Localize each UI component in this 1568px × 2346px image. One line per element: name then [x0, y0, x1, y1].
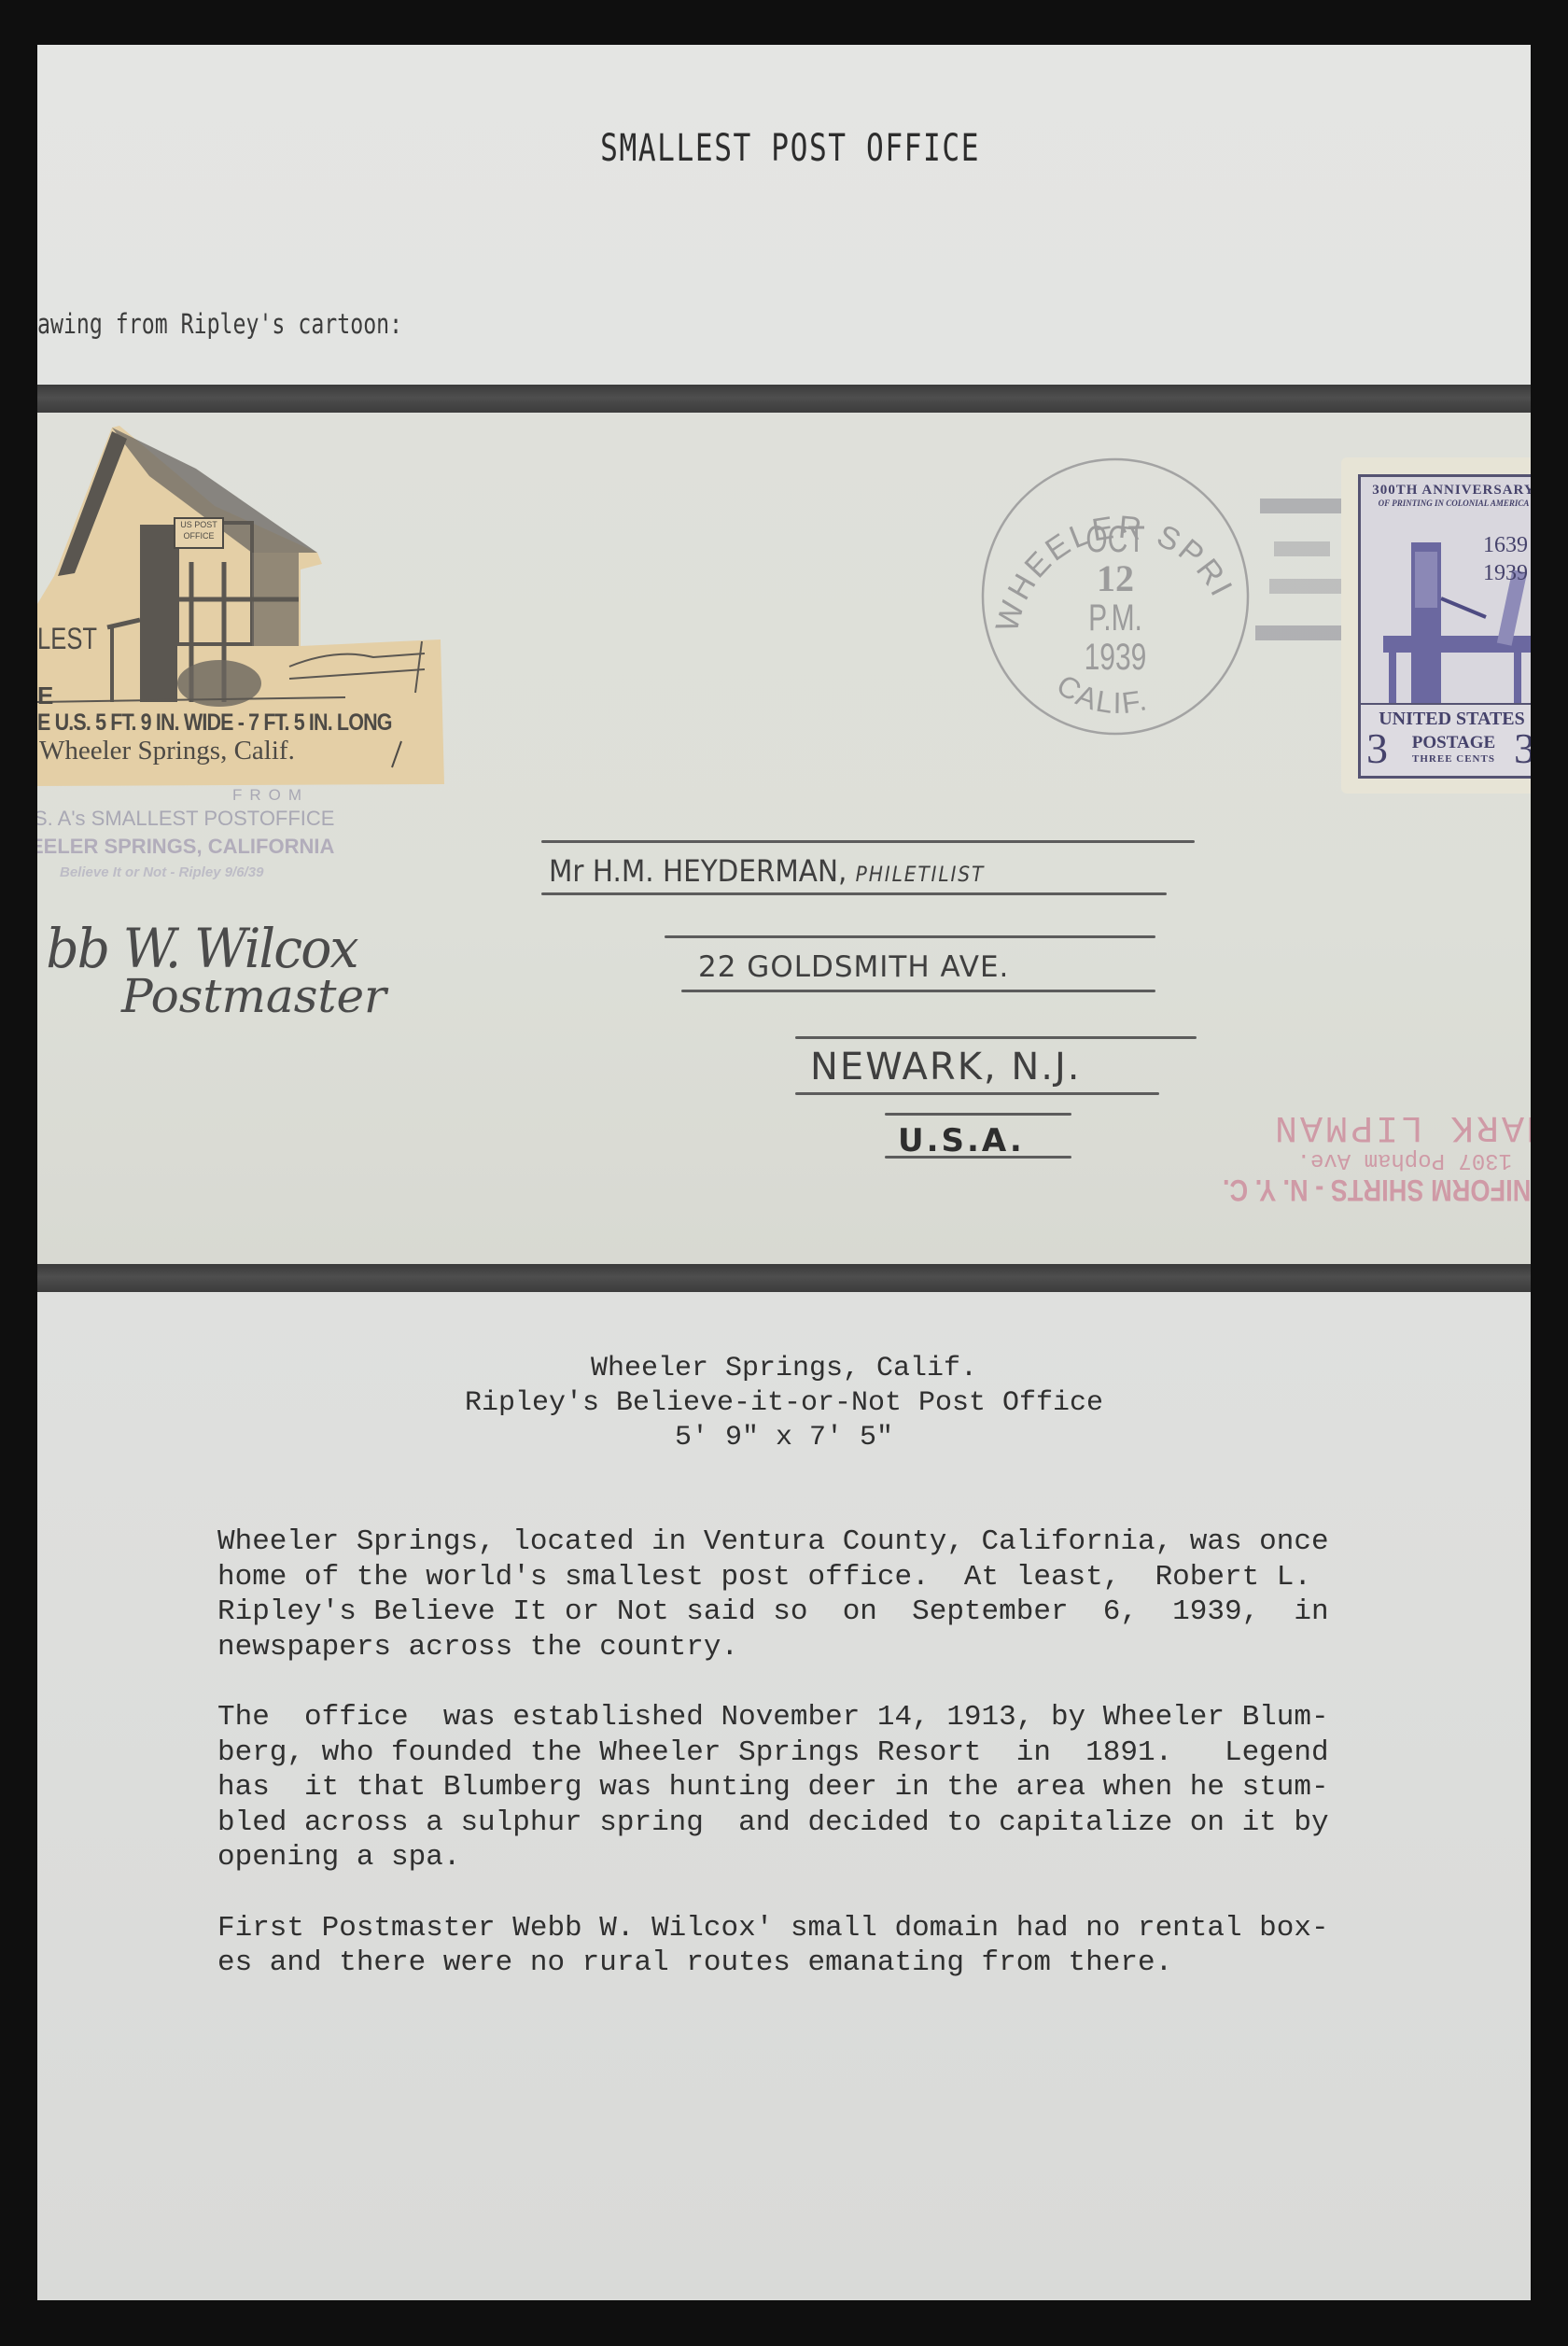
page-title: SMALLEST POST OFFICE	[208, 127, 1373, 170]
postmark-date: OCT 12 P.M. 1939	[980, 520, 1251, 677]
description-text: Wheeler Springs, located in Ventura Coun…	[217, 1524, 1365, 2016]
postmaster-signature: bb W. Wilcox Postmaster	[37, 917, 386, 1023]
album-page: SMALLEST POST OFFICE awing from Ripley's…	[37, 45, 1531, 2300]
mount-border-top	[37, 385, 1531, 413]
postage-stamp: 300TH ANNIVERSARY OF PRINTING IN COLONIA…	[1341, 457, 1531, 794]
us-post-office-sign: US POST OFFICE	[174, 517, 224, 549]
clipping-fragment-lest: LEST	[37, 622, 97, 656]
killer-bar	[1269, 579, 1344, 594]
mount-border-bottom	[37, 1264, 1531, 1292]
ripley-cartoon-clipping: US POST OFFICE LEST E E U.S. 5 FT. 9 IN.…	[37, 413, 448, 786]
merchant-return-stamp: UNIFORM SHIRTS - N. Y. C. 1307 Popham Av…	[1120, 1105, 1531, 1207]
paragraph: The office was established November 14, …	[217, 1700, 1365, 1875]
killer-bar	[1274, 541, 1330, 556]
clipping-fragment-e: E	[37, 681, 53, 710]
cover-envelope: US POST OFFICE LEST E E U.S. 5 FT. 9 IN.…	[37, 413, 1531, 1264]
paragraph: Wheeler Springs, located in Ventura Coun…	[217, 1524, 1365, 1665]
cover-caption: Wheeler Springs, Calif. Ripley's Believe…	[37, 1352, 1531, 1455]
clipping-dimensions: E U.S. 5 FT. 9 IN. WIDE - 7 FT. 5 IN. LO…	[37, 709, 392, 737]
intro-text: awing from Ripley's cartoon:	[37, 308, 402, 340]
return-address-cachet: FROM S. A's SMALLEST POSTOFFICE EELER SP…	[37, 786, 429, 880]
envelope-mount: US POST OFFICE LEST E E U.S. 5 FT. 9 IN.…	[37, 385, 1531, 1292]
clipping-place: Wheeler Springs, Calif.	[39, 736, 295, 766]
paragraph: First Postmaster Webb W. Wilcox' small d…	[217, 1911, 1365, 1981]
postmark-cancel: WHEELER SPRINGS CALIF. OCT 12 P.M. 1939	[980, 457, 1251, 737]
